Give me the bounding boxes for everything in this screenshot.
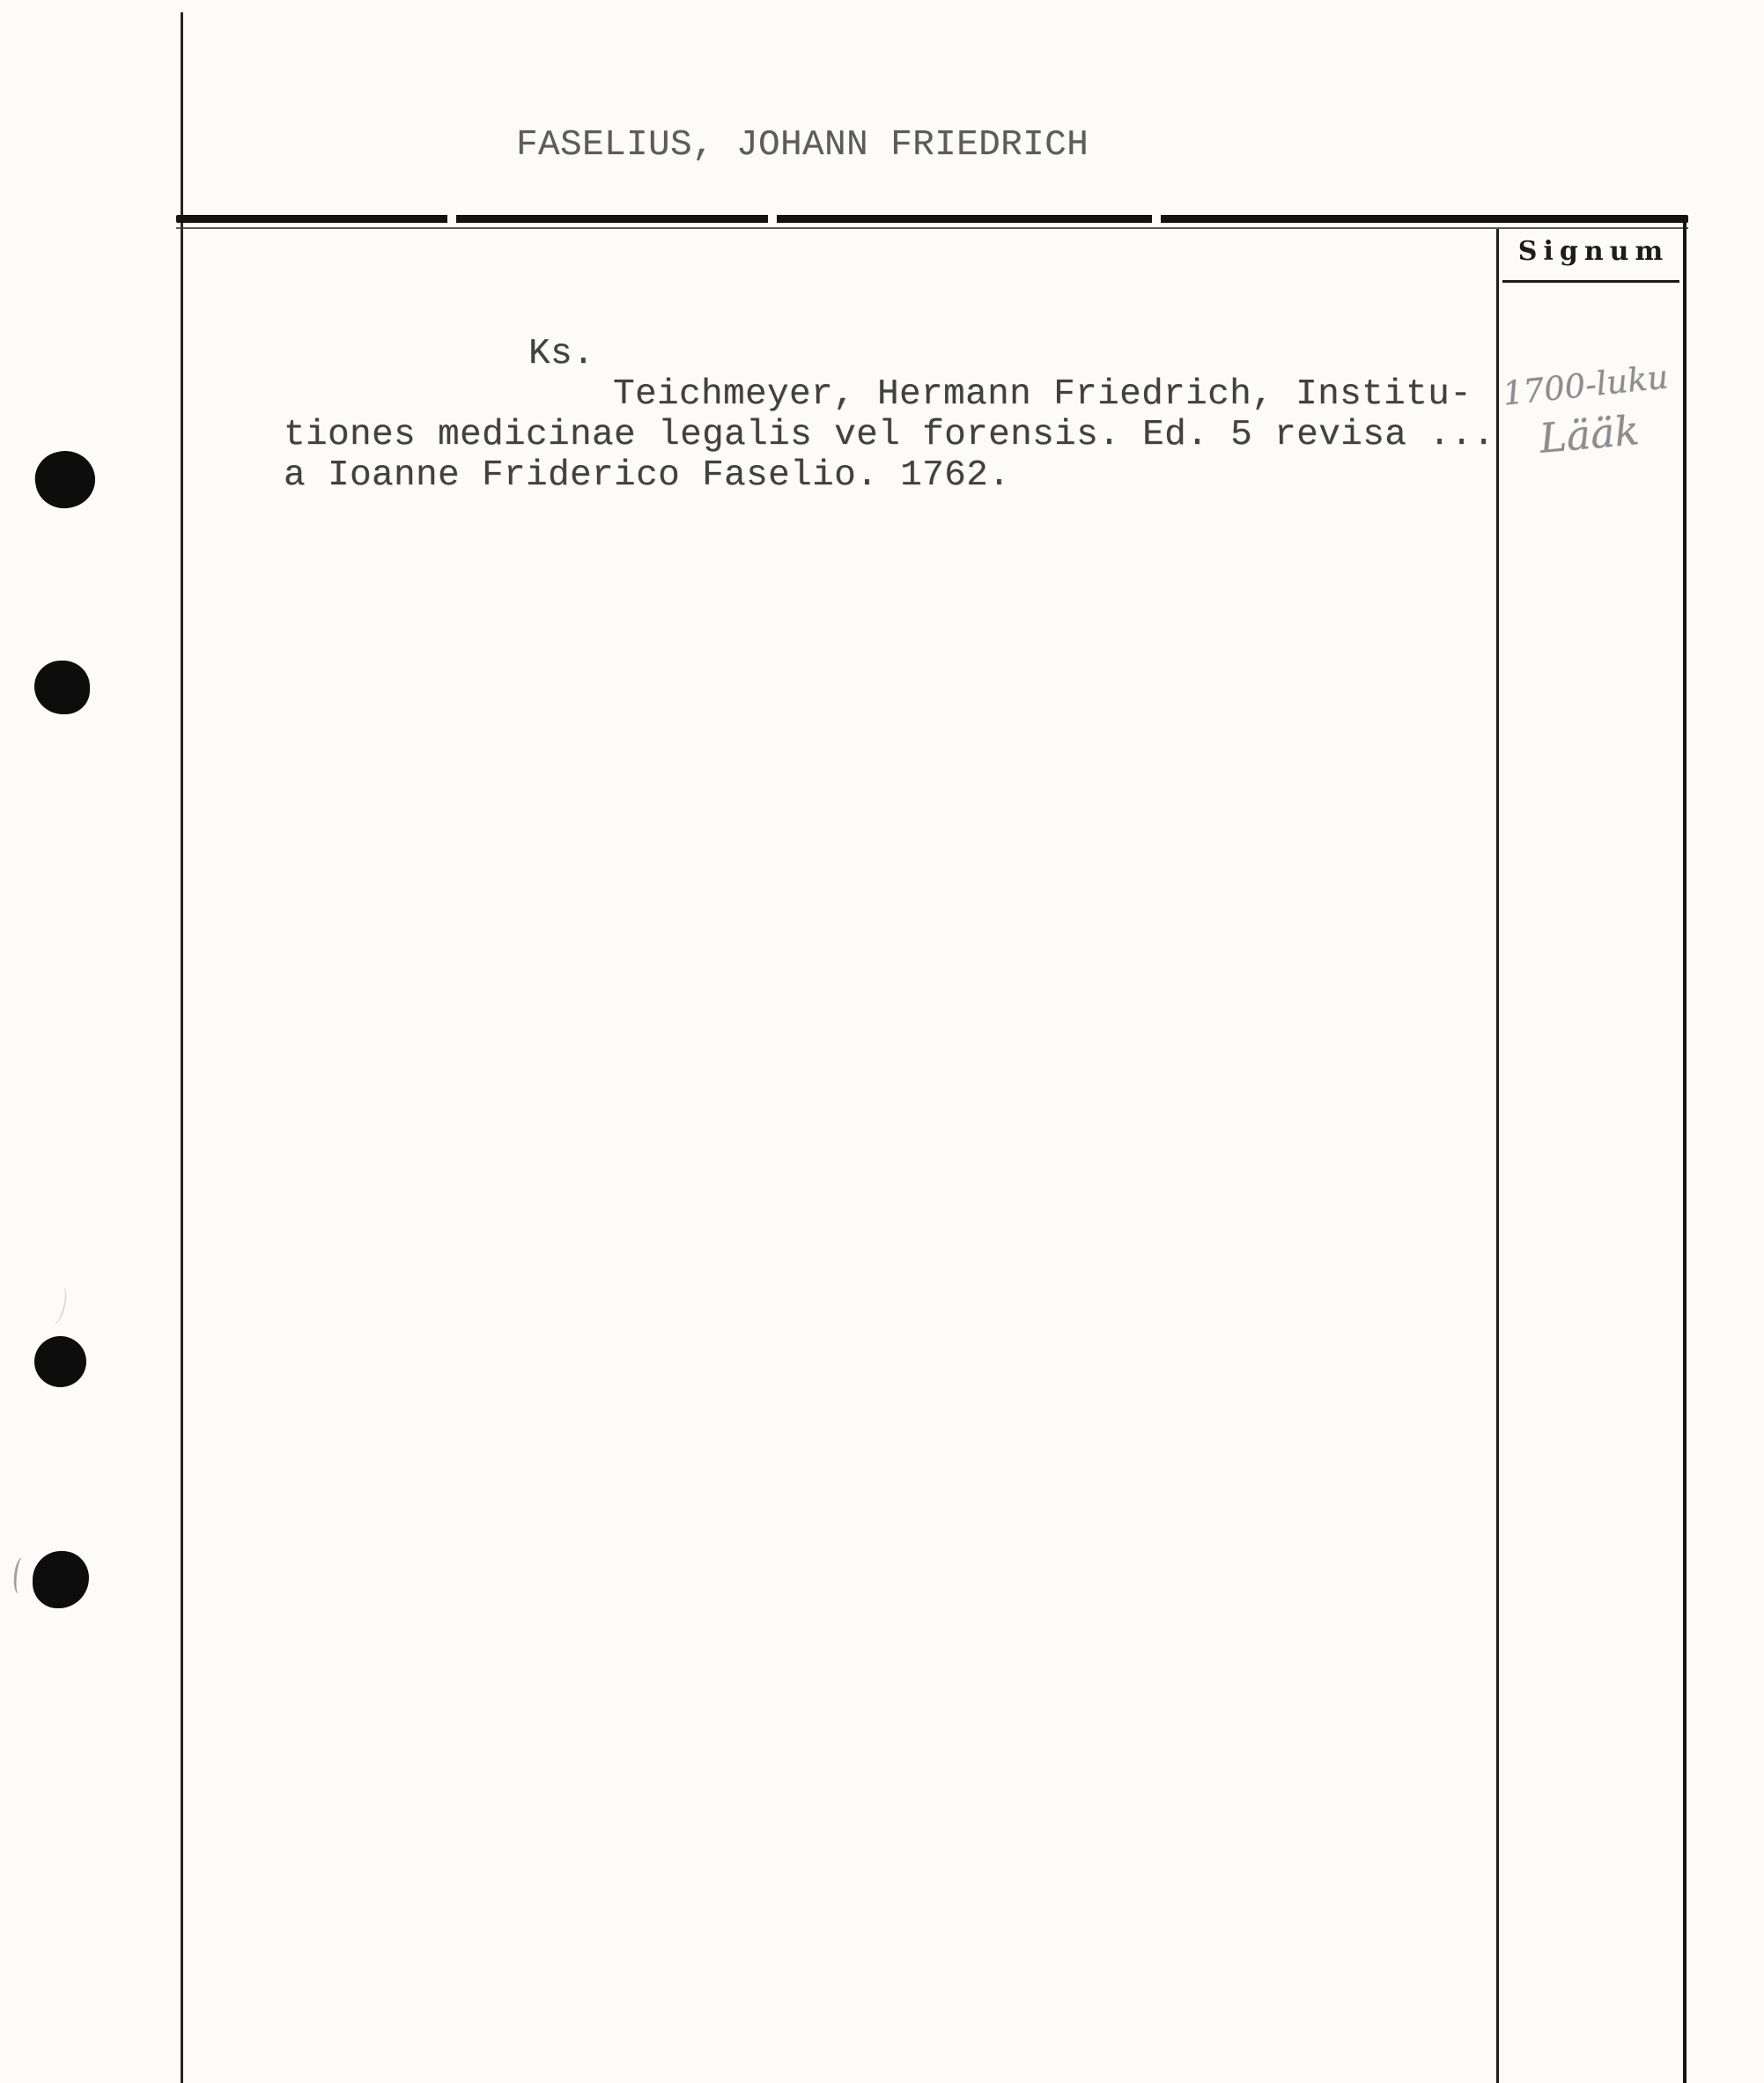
scan-smudge: [47, 1285, 70, 1326]
left-margin-rule: [181, 12, 183, 2083]
punch-hole: [31, 447, 100, 513]
signum-column-right-rule: [1683, 222, 1687, 2083]
entry-line-2: tiones medicinae legalis vel forensis. E…: [284, 415, 1495, 455]
entry-line-1: Teichmeyer, Hermann Friedrich, Institu-: [613, 374, 1472, 415]
handwritten-signum-note-line1: 1700-luku: [1501, 358, 1670, 412]
rule-gap: [447, 214, 456, 224]
punch-hole: [34, 1336, 86, 1387]
author-heading: FASELIUS, JOHANN FRIEDRICH: [516, 125, 1089, 166]
classmark-text: Ks.: [528, 334, 594, 374]
top-rule-thin: [176, 227, 1688, 229]
signum-header-underline: [1502, 280, 1679, 283]
handwritten-signum-note-line2: Lääk: [1538, 406, 1642, 462]
signum-column-header: Signum: [1497, 236, 1684, 267]
paper-speckles: [0, 0, 2, 2]
top-rule-thick: [176, 215, 1688, 223]
entry-line-3: a Ioanne Friderico Faselio. 1762.: [284, 455, 1010, 496]
punch-hole: [34, 661, 90, 714]
signum-column-left-rule: [1496, 229, 1499, 2083]
rule-gap: [1152, 214, 1161, 224]
punch-hole: [33, 1551, 89, 1608]
rule-gap: [768, 214, 777, 224]
scan-artifact-mark: [12, 1556, 29, 1594]
catalog-card-scan: FASELIUS, JOHANN FRIEDRICH Signum 1700-l…: [0, 0, 1764, 2083]
